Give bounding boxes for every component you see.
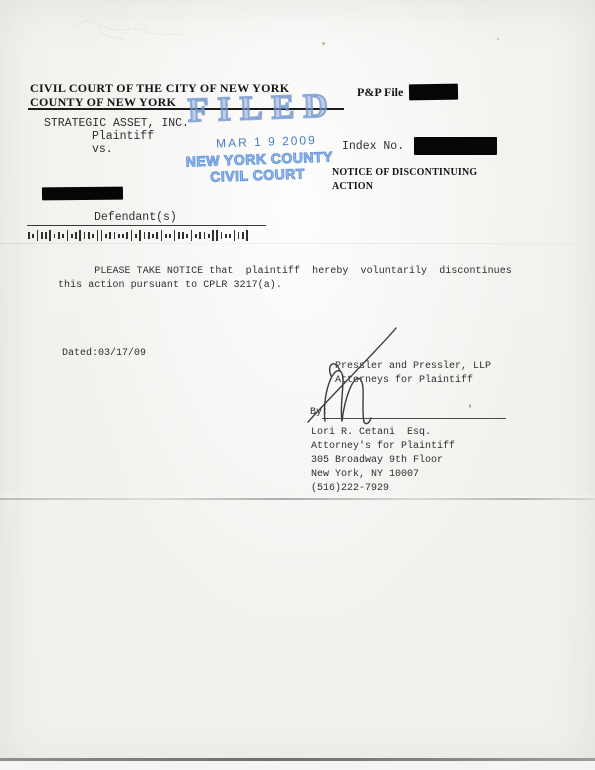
dated-line: Dated:03/17/09 [62,348,146,359]
defendant-label: Defendant(s) [94,211,177,224]
pencil-scribble-mark [60,6,220,56]
redaction-box-pp-file [409,84,458,101]
scanner-background-strip [0,761,595,770]
scanned-document-page: CIVIL COURT OF THE CITY OF NEW YORK COUN… [0,0,595,770]
defendant-rule [27,225,266,226]
redaction-box-defendant-name [42,187,123,201]
filed-stamp: FILED MAR 1 9 2009 NEW YORK COUNTY CIVIL… [181,91,336,188]
handwritten-signature [295,318,415,430]
dust-speck [497,38,499,40]
court-title-line2: COUNTY OF NEW YORK [30,95,176,109]
barcode [28,229,252,242]
versus-label: vs. [92,143,113,156]
notice-title-line1: NOTICE OF DISCONTINUING [332,166,477,179]
plaintiff-name: STRATEGIC ASSET, INC. [44,117,189,130]
redaction-box-index-number [414,137,497,155]
filed-stamp-date: MAR 1 9 2009 [216,133,317,151]
fold-crease-lower [0,498,595,500]
index-number-label: Index No. [342,140,404,153]
fold-crease-upper [0,243,595,244]
plaintiff-role-label: Plaintiff [92,130,154,143]
stray-pen-mark: ' [467,405,473,416]
attorney-info-block: Lori R. Cetani Esq. Attorney's for Plain… [311,426,455,496]
filed-stamp-office-line2: CIVIL COURT [210,165,305,184]
notice-body-text: PLEASE TAKE NOTICE that plaintiff hereby… [58,265,512,293]
filed-stamp-text: FILED [187,87,337,130]
dust-speck [322,42,325,45]
notice-title-line2: ACTION [332,180,373,193]
pp-file-label: P&P File [357,85,403,100]
